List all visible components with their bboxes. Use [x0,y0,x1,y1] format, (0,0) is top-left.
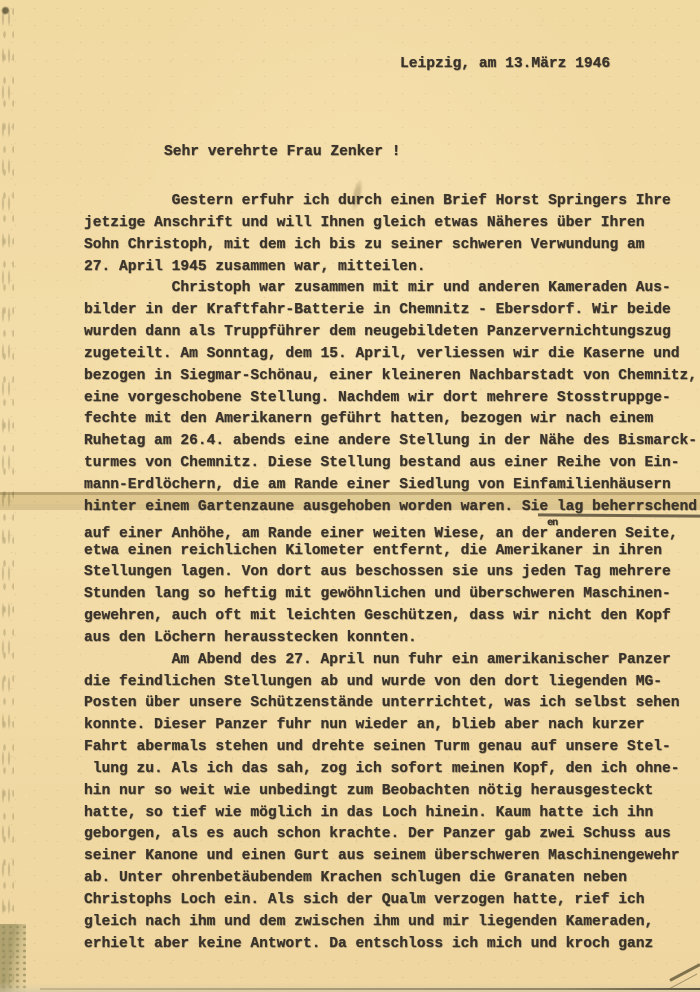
typed-line: bezogen in Siegmar-Schönau, einer kleine… [84,366,697,388]
typed-line: Stellungen lagen. Von dort aus beschosse… [84,562,697,584]
typed-line: ab. Unter ohrenbetäubendem Krachen schlu… [84,868,697,890]
typed-line: Christophs Loch ein. Als sich der Qualm … [84,890,697,912]
typed-line: hin nur so weit wie unbedingt zum Beobac… [84,781,697,803]
scan-edge-speckles [0,0,14,992]
typed-line: zugeteilt. Am Sonntag, dem 15. April, ve… [84,344,697,366]
typed-line: erhielt aber keine Antwort. Da entschlos… [84,934,697,956]
typed-line: die feindlichen Stellungen ab und wurde … [84,672,697,694]
dateline: Leipzig, am 13.März 1946 [400,53,610,75]
typed-line: Sohn Christoph, mit dem ich bis zu seine… [84,235,697,257]
typed-line: Christoph war zusammen mit mir und ander… [84,278,697,300]
salutation: Sehr verehrte Frau Zenker ! [164,141,400,163]
letter-page: Leipzig, am 13.März 1946 Sehr verehrte F… [0,0,700,992]
typed-line: Gestern erfuhr ich durch einen Brief Hor… [84,191,697,213]
typed-line: hinter einem Gartenzaune ausgehoben word… [84,497,697,519]
typed-line: bilder in der Kraftfahr-Batterie in Chem… [84,300,697,322]
typed-line: turmes von Chemnitz. Diese Stellung best… [84,453,697,475]
typed-line: geborgen, als es auch schon krachte. Der… [84,824,697,846]
typed-line: lung zu. Als ich das sah, zog ich sofort… [84,759,697,781]
typed-line: Stunden lang so heftig mit gewöhnlichen … [84,584,697,606]
page-bottom-edge-line [40,988,700,990]
typed-superscript-correction: en [547,518,557,529]
typed-line: Posten über unsere Schützenstände unterr… [84,693,697,715]
typed-line: mann-Erdlöchern, die am Rande einer Sied… [84,475,697,497]
typed-line: konnte. Dieser Panzer fuhr nun wieder an… [84,715,697,737]
typed-line: fechte mit den Amerikanern geführt hatte… [84,409,697,431]
letter-body: Gestern erfuhr ich durch einen Brief Hor… [84,191,697,956]
typed-line: etwa einen reichlichen Kilometer entfern… [84,541,697,563]
typed-line: auf einer Anhöhe, am Rande einer weiten … [84,519,697,541]
typed-line: hatte, so tief wie möglich in das Loch h… [84,803,697,825]
typed-line: Am Abend des 27. April nun fuhr ein amer… [84,650,697,672]
typed-line: Fahrt abermals stehen und drehte seinen … [84,737,697,759]
typed-line: gleich nach ihm und dem zwischen ihm und… [84,912,697,934]
corner-stain [0,924,26,992]
typed-line: wurden dann als Truppführer dem neugebil… [84,322,697,344]
typed-line: jetzige Anschrift und will Ihnen gleich … [84,213,697,235]
typed-line: aus den Löchern herausstecken konnten. [84,628,697,650]
typed-line: eine vorgeschobene Stellung. Nachdem wir… [84,388,697,410]
typed-line: 27. April 1945 zusammen war, mitteilen. [84,257,697,279]
typed-line: seiner Kanone und einen Gurt aus seinem … [84,846,697,868]
corner-pencil-mark [669,963,700,982]
typed-line: gewehren, auch oft mit leichten Geschütz… [84,606,697,628]
typed-line: Ruhetag am 26.4. abends eine andere Stel… [84,431,697,453]
ink-speck [1,6,10,15]
